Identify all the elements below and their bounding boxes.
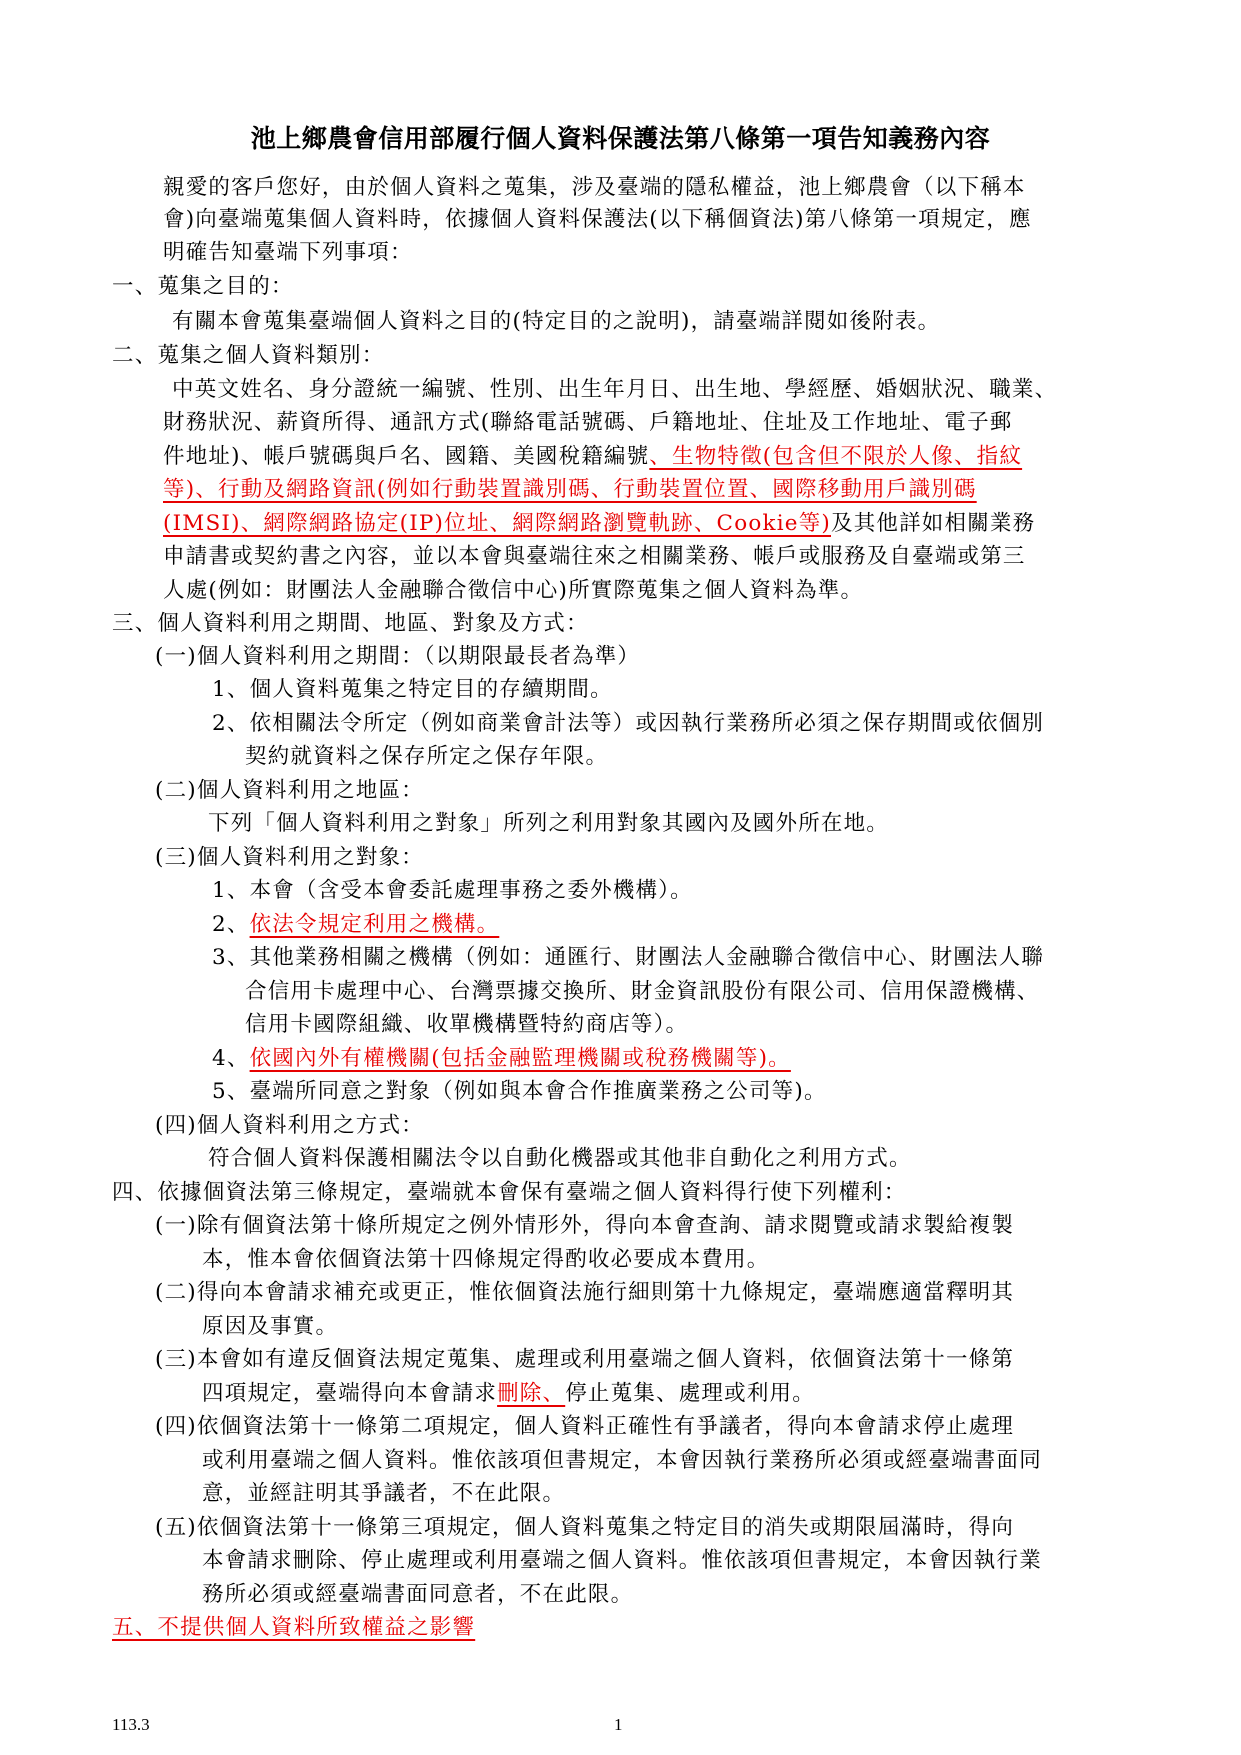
section-4-item-3-pre: 四項規定，臺端得向本會請求 (202, 1381, 497, 1406)
section-4-item-3-post: 停止蒐集、處理或利用。 (565, 1381, 815, 1406)
intro-line-1: 親愛的客戶您好，由於個人資料之蒐集，涉及臺端的隱私權益，池上鄉農會（以下稱本 (163, 172, 1026, 204)
section-4-item-1-line-1: (一)除有個資法第十條所規定之例外情形外，得向本會查詢、請求閱覽或請求製給複製 (155, 1210, 1014, 1242)
section-3-sub-1-item-2-line-2: 契約就資料之保存所定之保存年限。 (245, 741, 608, 773)
section-2-heading: 二、蒐集之個人資料類別： (112, 340, 384, 372)
intro-line-3: 明確告知臺端下列事項： (163, 237, 413, 269)
section-3-sub-4-body: 符合個人資料保護相關法令以自動化機器或其他非自動化之利用方式。 (208, 1143, 912, 1175)
delete-highlight: 刪除、 (497, 1381, 565, 1406)
section-2-line-5-text: 及其他詳如相關業務 (831, 511, 1035, 536)
section-3-sub-3-item-2: 2、依法令規定利用之機構。 (212, 909, 499, 941)
section-3-sub-1-item-1: 1、個人資料蒐集之特定目的存續期間。 (212, 674, 613, 706)
section-3-sub-1-item-2-line-1: 2、依相關法令所定（例如商業會計法等）或因執行業務所必須之保存期間或依個別 (212, 708, 1044, 740)
footer-version: 113.3 (112, 1715, 150, 1735)
section-5-heading-text: 五、不提供個人資料所致權益之影響 (112, 1615, 475, 1640)
section-2-line-6: 申請書或契約書之內容，並以本會與臺端往來之相關業務、帳戶或服務及自臺端或第三 (163, 541, 1026, 573)
section-2-line-1: 中英文姓名、身分證統一編號、性別、出生年月日、出生地、學經歷、婚姻狀況、職業、 (172, 374, 1057, 406)
section-4-item-5-line-1: (五)依個資法第十一條第三項規定，個人資料蒐集之特定目的消失或期限屆滿時，得向 (155, 1512, 1014, 1544)
document-page: 池上鄉農會信用部履行個人資料保護法第八條第一項告知義務內容 親愛的客戶您好，由於… (0, 0, 1241, 1755)
section-4-item-4-line-1: (四)依個資法第十一條第二項規定，個人資料正確性有爭議者，得向本會請求停止處理 (155, 1411, 1014, 1443)
item-number: 4、 (212, 1046, 250, 1071)
section-4-item-2-line-1: (二)得向本會請求補充或更正，惟依個資法施行細則第十九條規定，臺端應適當釋明其 (155, 1277, 1014, 1309)
section-3-sub-3-heading: (三)個人資料利用之對象： (155, 842, 424, 874)
section-4-item-5-line-2: 本會請求刪除、停止處理或利用臺端之個人資料。惟依該項但書規定，本會因執行業 (202, 1545, 1042, 1577)
section-4-heading: 四、依據個資法第三條規定，臺端就本會保有臺端之個人資料得行使下列權利： (112, 1177, 907, 1209)
section-4-item-4-line-3: 意，並經註明其爭議者，不在此限。 (202, 1478, 565, 1510)
section-4-item-4-line-2: 或利用臺端之個人資料。惟依該項但書規定，本會因執行業務所必須或經臺端書面同 (202, 1445, 1042, 1477)
section-3-sub-3-item-1: 1、本會（含受本會委託處理事務之委外機構）。 (212, 875, 693, 907)
section-4-item-5-line-3: 務所必須或經臺端書面同意者，不在此限。 (202, 1579, 633, 1611)
section-5-heading: 五、不提供個人資料所致權益之影響 (112, 1612, 475, 1644)
section-3-sub-3-item-4: 4、依國內外有權機關(包括金融監理機關或稅務機關等)。 (212, 1043, 791, 1075)
section-3-sub-2-body: 下列「個人資料利用之對象」所列之利用對象其國內及國外所在地。 (208, 808, 889, 840)
mobile-network-highlight: 等)、行動及網路資訊(例如行動裝置識別碼、行動裝置位置、國際移動用戶識別碼 (163, 477, 977, 502)
section-3-sub-3-item-3-line-2: 合信用卡處理中心、台灣票據交換所、財金資訊股份有限公司、信用保證機構、 (245, 976, 1040, 1008)
section-2-line-3: 件地址)、帳戶號碼與戶名、國籍、美國稅籍編號、生物特徵(包含但不限於人像、指紋 (163, 441, 1022, 473)
biometric-highlight: 、生物特徵(包含但不限於人像、指紋 (649, 444, 1022, 469)
section-2-line-3-text: 件地址)、帳戶號碼與戶名、國籍、美國稅籍編號 (163, 444, 649, 469)
item-number: 2、 (212, 912, 250, 937)
section-3-heading: 三、個人資料利用之期間、地區、對象及方式： (112, 608, 589, 640)
section-3-sub-4-heading: (四)個人資料利用之方式： (155, 1110, 424, 1142)
section-3-sub-2-heading: (二)個人資料利用之地區： (155, 775, 424, 807)
authorities-highlight: 依國內外有權機關(包括金融監理機關或稅務機關等)。 (250, 1046, 791, 1071)
section-4-item-2-line-2: 原因及事實。 (202, 1311, 338, 1343)
section-1-heading: 一、蒐集之目的： (112, 271, 294, 303)
intro-line-2: 會)向臺端蒐集個人資料時，依據個人資料保護法(以下稱個資法)第八條第一項規定，應 (163, 204, 1032, 236)
legal-institutions-highlight: 依法令規定利用之機構。 (250, 912, 500, 937)
section-3-sub-3-item-3-line-1: 3、其他業務相關之機構（例如：通匯行、財團法人金融聯合徵信中心、財團法人聯 (212, 942, 1044, 974)
section-2-line-5: (IMSI)、網際網路協定(IP)位址、網際網路瀏覽軌跡、Cookie等)及其他… (163, 508, 1035, 540)
section-3-sub-3-item-5: 5、臺端所同意之對象（例如與本會合作推廣業務之公司等)。 (212, 1076, 827, 1108)
section-2-line-2: 財務狀況、薪資所得、通訊方式(聯絡電話號碼、戶籍地址、住址及工作地址、電子郵 (163, 407, 1013, 439)
section-4-item-3-line-2: 四項規定，臺端得向本會請求刪除、停止蒐集、處理或利用。 (202, 1378, 815, 1410)
section-4-item-3-line-1: (三)本會如有違反個資法規定蒐集、處理或利用臺端之個人資料，依個資法第十一條第 (155, 1344, 1014, 1376)
section-2-line-4: 等)、行動及網路資訊(例如行動裝置識別碼、行動裝置位置、國際移動用戶識別碼 (163, 474, 977, 506)
section-1-body: 有關本會蒐集臺端個人資料之目的(特定目的之說明)，請臺端詳閱如後附表。 (172, 306, 940, 338)
imsi-ip-highlight: (IMSI)、網際網路協定(IP)位址、網際網路瀏覽軌跡、Cookie等) (163, 511, 831, 536)
section-3-sub-1-heading: (一)個人資料利用之期間：（以期限最長者為準） (155, 641, 640, 673)
footer-page-number: 1 (614, 1715, 623, 1735)
section-2-line-7: 人處(例如：財團法人金融聯合徵信中心)所實際蒐集之個人資料為準。 (163, 575, 863, 607)
section-4-item-1-line-2: 本，惟本會依個資法第十四條規定得酌收必要成本費用。 (202, 1244, 770, 1276)
section-3-sub-3-item-3-line-3: 信用卡國際組織、收單機構暨特約商店等）。 (245, 1009, 688, 1041)
document-title: 池上鄉農會信用部履行個人資料保護法第八條第一項告知義務內容 (0, 122, 1241, 156)
